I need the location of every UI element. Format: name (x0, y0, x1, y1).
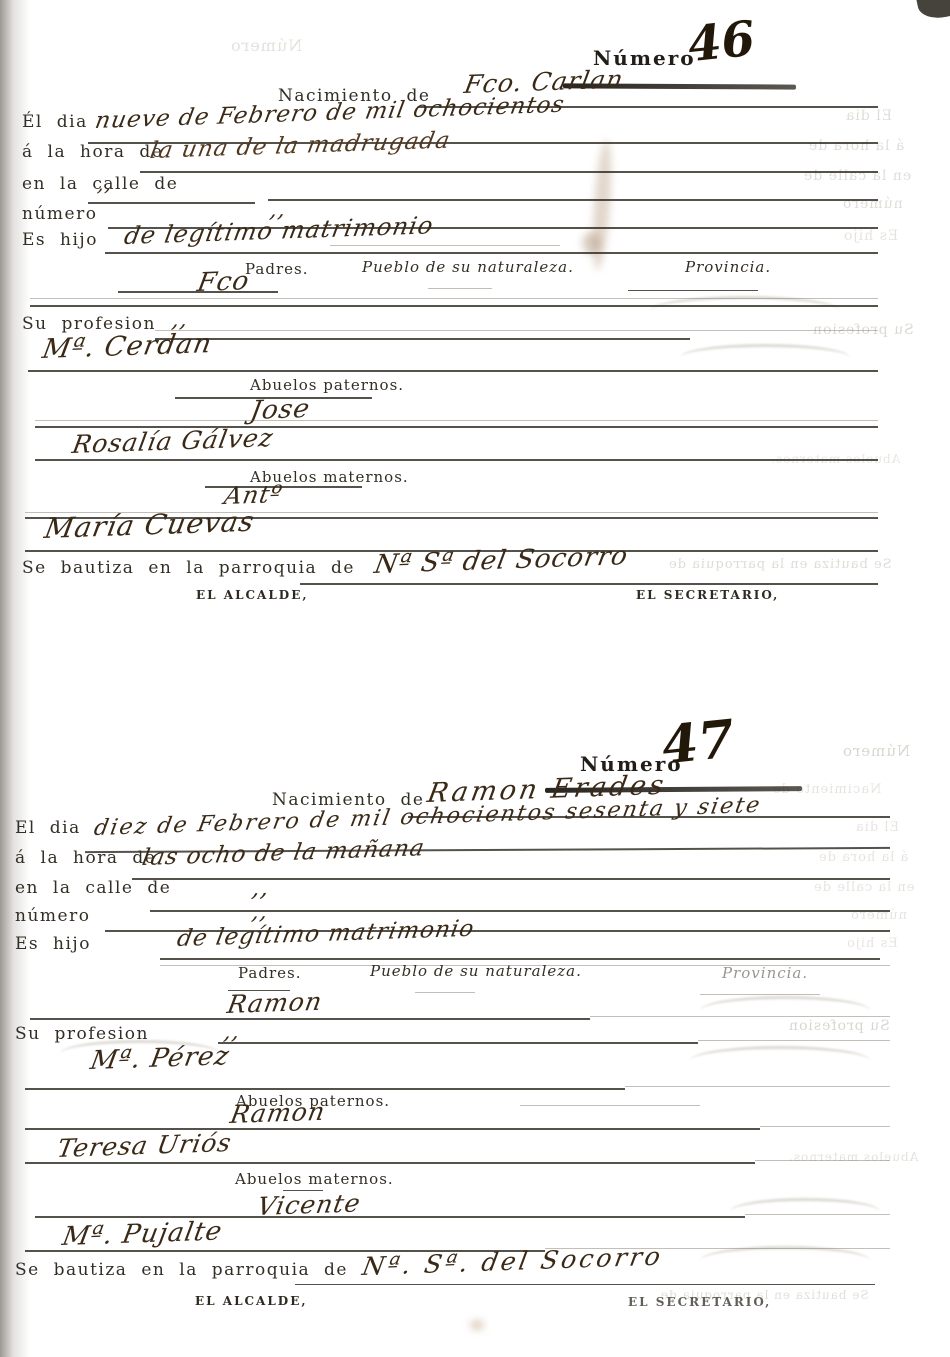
rule-line (155, 330, 878, 331)
abuela-materna-value: María Cuevas (42, 505, 257, 545)
bleedthrough-text: á la hora de (808, 138, 904, 154)
header-underline (415, 992, 475, 993)
abuelos-paternos-header: Abuelos paternos. (250, 376, 404, 394)
bleedthrough-text: Se bautiza en la parroquia de (668, 557, 892, 572)
alcalde-label: EL ALCALDE, (195, 1294, 308, 1308)
hijo-label: Es hijo (15, 934, 91, 954)
bleedthrough-stroke (690, 1046, 870, 1075)
rule-line (268, 199, 878, 201)
pueblo-header: Pueblo de su naturaleza. (362, 258, 574, 276)
numero-value: 47 (659, 708, 737, 776)
rule-line (25, 1162, 755, 1164)
rule-line (625, 1086, 890, 1087)
rule-line (25, 1088, 625, 1090)
bleedthrough-text: en la calle de (813, 880, 914, 895)
bautiza-label: Se bautiza en la parroquia de (15, 1260, 348, 1280)
rule-line (35, 459, 878, 461)
provincia-header: Provincia. (685, 258, 771, 276)
alcalde-label: EL ALCALDE, (196, 588, 309, 602)
ink-smudge-small (582, 232, 600, 254)
foxing-spot (470, 1320, 484, 1330)
rule-line (140, 171, 878, 173)
abuelo-paterno-value: Jose (248, 394, 313, 426)
scanned-registry-page: NúmeroEl diaá la hora deen la calle denú… (0, 0, 950, 1357)
numero-value: 46 (685, 11, 757, 74)
header-underline (628, 290, 758, 291)
hora-label: á la hora de (22, 142, 163, 162)
rule-line (35, 420, 878, 421)
rule-line (30, 298, 878, 299)
bleedthrough-text: Número (842, 742, 910, 760)
profesion-label: Su profesion (15, 1024, 149, 1044)
rule-line (755, 1160, 890, 1161)
bleedthrough-text: Es hijo (846, 936, 898, 951)
bleedthrough-stroke (680, 344, 850, 371)
bleedthrough-stroke (650, 296, 840, 325)
rule-line (330, 245, 560, 246)
rule-line (160, 958, 880, 960)
bleedthrough-text: á la hora de (818, 850, 908, 865)
rule-line (105, 252, 878, 254)
rule-line (88, 202, 255, 204)
numcalle-label: número (15, 906, 90, 926)
numcalle-label: número (22, 204, 97, 224)
rule-line (30, 1018, 590, 1020)
abuela-paterna-value: Rosalía Gálvez (70, 423, 276, 459)
secretario-label: EL SECRETARIO, (636, 588, 779, 602)
hijo-value: de legítimo matrimonio (175, 916, 477, 952)
rule-line (132, 878, 890, 880)
dia-label: El dia (15, 818, 81, 838)
bleedthrough-text: Abuelos maternos. (788, 1150, 918, 1164)
bleedthrough-text: El dia (855, 820, 899, 835)
header-underline (520, 1105, 700, 1106)
dia-label: Él dia (22, 112, 88, 132)
rule-line (25, 1128, 760, 1130)
padre-value: Ramon (225, 987, 325, 1019)
hora-value: la una de la madrugada (148, 128, 453, 164)
calle-label: en la calle de (15, 878, 171, 898)
abuela-paterna-value: Teresa Uriós (55, 1128, 234, 1163)
header-underline (700, 994, 820, 995)
rule-line (760, 1126, 890, 1127)
header-underline (428, 288, 492, 289)
rule-line (218, 1042, 698, 1044)
bleedthrough-stroke (700, 1246, 870, 1275)
provincia-header: Provincia. (722, 964, 808, 982)
rule-line (295, 1284, 875, 1285)
abuelo-paterno-value: Ramon (228, 1097, 328, 1129)
bleedthrough-text: El dia (845, 108, 892, 124)
hijo-label: Es hijo (22, 230, 98, 250)
torn-corner-mark (916, 0, 950, 22)
rule-line (745, 1214, 890, 1215)
bautiza-label: Se bautiza en la parroquia de (22, 558, 355, 578)
rule-line (35, 1216, 745, 1218)
numcalle-value: ,, (250, 899, 271, 925)
bleedthrough-stroke (730, 1198, 880, 1225)
pueblo-header: Pueblo de su naturaleza. (370, 962, 582, 980)
abuela-materna-value: Mª. Pujalte (60, 1216, 225, 1252)
abuelos-maternos-header: Abuelos maternos. (235, 1170, 394, 1188)
madre-value: Mª. Cerdan (40, 328, 215, 365)
hora-label: á la hora de (15, 848, 156, 868)
parroquia-value: Nª Sª del Socorro (372, 541, 631, 580)
bleedthrough-text: Es hijo (843, 228, 898, 244)
rule-line (300, 583, 878, 585)
padres-header: Padres. (238, 964, 301, 982)
rule-line (590, 1016, 890, 1017)
rule-line (30, 305, 878, 307)
rule-line (28, 370, 878, 372)
bleedthrough-text: Número (230, 36, 302, 55)
padres-header: Padres. (245, 260, 308, 278)
parroquia-value: Nª. Sª. del Socorro (360, 1242, 666, 1281)
calle-value: ,, (250, 873, 272, 902)
bleedthrough-stroke (700, 996, 870, 1025)
madre-value: Mª. Pérez (88, 1041, 232, 1076)
padre-value: Fco (195, 266, 252, 298)
rule-line (698, 1040, 890, 1041)
secretario-label: EL SECRETARIO, (628, 1295, 771, 1309)
rule-line (155, 338, 690, 340)
hora-value: las ocho de la mañana (140, 835, 427, 871)
